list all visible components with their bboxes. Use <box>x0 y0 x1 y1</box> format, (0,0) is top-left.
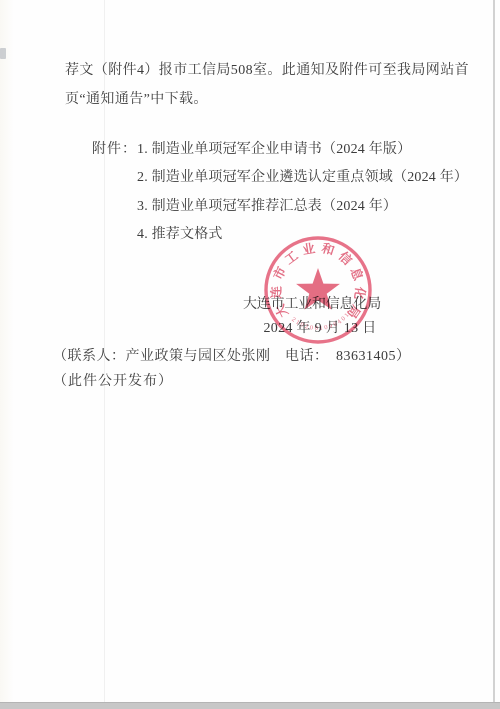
attachment-item-3: 3. 制造业单项冠军推荐汇总表（2024 年） <box>137 193 468 221</box>
body-paragraph: 荐文（附件4）报市工信局508室。此通知及附件可至我局网站首 页“通知通告”中下… <box>65 57 475 114</box>
scan-paper-right-edge <box>493 0 495 709</box>
issuer-name: 大连市工业和信息化局 <box>243 297 381 313</box>
issue-date: 2024 年 9 月 13 日 <box>264 321 377 337</box>
scan-speck <box>0 48 6 59</box>
body-line-2: 页“通知通告”中下载。 <box>65 86 475 115</box>
contact-line: （联系人：产业政策与园区处张刚 电话： 83631405） <box>53 348 411 366</box>
attachments-list: 1. 制造业单项冠军企业申请书（2024 年版） 2. 制造业单项冠军企业遴选认… <box>137 136 468 250</box>
scan-left-edge-tint <box>0 0 14 709</box>
attachments-label: 附件： <box>92 136 137 164</box>
attachment-item-2: 2. 制造业单项冠军企业遴选认定重点领域（2024 年） <box>137 164 468 192</box>
document-page: 荐文（附件4）报市工信局508室。此通知及附件可至我局网站首 页“通知通告”中下… <box>0 0 500 709</box>
scan-bottom-edge <box>0 702 500 709</box>
body-line-1: 荐文（附件4）报市工信局508室。此通知及附件可至我局网站首 <box>65 57 475 86</box>
public-release-note: （此件公开发布） <box>53 373 173 391</box>
attachment-item-1: 1. 制造业单项冠军企业申请书（2024 年版） <box>137 136 468 164</box>
attachment-item-4: 4. 推荐文格式 <box>137 221 468 249</box>
